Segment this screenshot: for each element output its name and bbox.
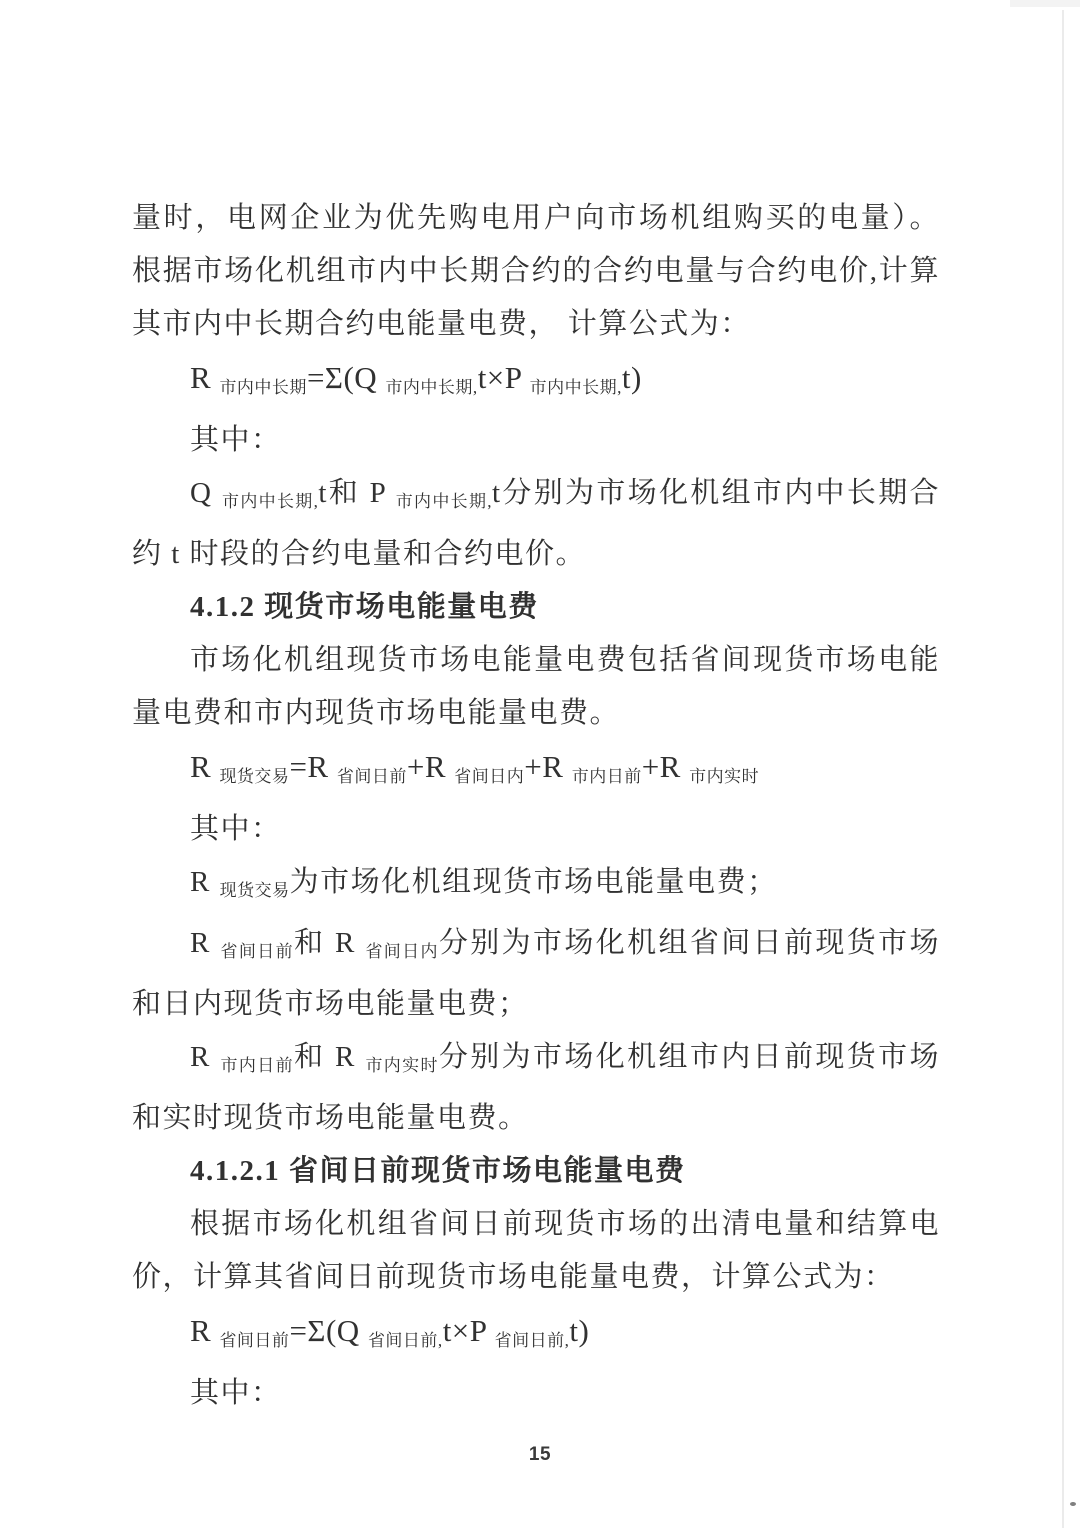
section-heading: 4.1.2 现货市场电能量电费 xyxy=(132,581,940,634)
formula-subscript: 市内实时 xyxy=(689,767,759,786)
paragraph: 根据市场化机组省间日前现货市场的出清电量和结算电价，计算其省间日前现货市场电能量… xyxy=(132,1198,940,1304)
formula-line: R 省间日前=Σ(Q 省间日前,t×P 省间日前,t) xyxy=(132,1304,940,1367)
formula-subscript: 省间日内 xyxy=(454,767,524,786)
paragraph: 量时，电网企业为优先购电用户向市场机组购买的电量）。根据市场化机组市内中长期合约… xyxy=(132,192,940,351)
text-run: 和 R xyxy=(294,1041,365,1073)
text-run: t和 P xyxy=(318,477,395,509)
text-run: Q xyxy=(190,477,222,509)
section-heading: 4.1.2.1 省间日前现货市场电能量电费 xyxy=(132,1145,940,1198)
paragraph: 其中： xyxy=(132,1367,940,1420)
formula-subscript: 市内中长期, xyxy=(222,492,318,511)
formula-subscript: 省间日前 xyxy=(219,1331,289,1350)
scan-speck-artifact xyxy=(1070,1502,1076,1506)
formula-subscript: 市内日前 xyxy=(220,1056,294,1075)
formula-subscript: 省间日前 xyxy=(337,767,407,786)
scanned-document-page: 量时，电网企业为优先购电用户向市场机组购买的电量）。根据市场化机组市内中长期合约… xyxy=(0,0,1080,1528)
text-run: R xyxy=(190,1313,219,1348)
text-run: R xyxy=(190,360,219,395)
text-run: R xyxy=(190,749,219,784)
formula-subscript: 市内日前 xyxy=(572,767,642,786)
document-content: 量时，电网企业为优先购电用户向市场机组购买的电量）。根据市场化机组市内中长期合约… xyxy=(132,192,940,1420)
text-run: R xyxy=(190,866,220,898)
formula-line: R 市内中长期=Σ(Q 市内中长期,t×P 市内中长期,t) xyxy=(132,351,940,414)
scan-top-edge-artifact xyxy=(1010,0,1080,7)
paragraph: 市场化机组现货市场电能量电费包括省间现货市场电能量电费和市内现货市场电能量电费。 xyxy=(132,634,940,740)
formula-subscript: 省间日前, xyxy=(368,1331,443,1350)
formula-subscript: 省间日内 xyxy=(365,942,439,961)
text-run: 量时，电网企业为优先购电用户向市场机组购买的电量）。根据市场化机组市内中长期合约… xyxy=(132,202,940,340)
text-run: R xyxy=(190,927,220,959)
text-run: 4.1.2 现货市场电能量电费 xyxy=(190,591,539,623)
text-run: 分别为市场化机组市内日前现货市场和实时现货市场电能量电费。 xyxy=(132,1041,940,1134)
text-run: =R xyxy=(289,749,336,784)
text-run: t) xyxy=(569,1313,589,1348)
text-run: t分别为市场化机组市内中长期合约 t 时段的合约电量和合约电价。 xyxy=(132,477,940,570)
text-run: 其中： xyxy=(190,424,282,456)
paragraph: 其中： xyxy=(132,414,940,467)
formula-subscript: 现货交易 xyxy=(220,881,290,900)
text-run: t×P xyxy=(443,1313,495,1348)
paragraph: R 省间日前和 R 省间日内分别为市场化机组省间日前现货市场和日内现货市场电能量… xyxy=(132,917,940,1031)
text-run: R xyxy=(190,1041,220,1073)
formula-subscript: 现货交易 xyxy=(219,767,289,786)
formula-subscript: 省间日前 xyxy=(220,942,294,961)
text-run: 分别为市场化机组省间日前现货市场和日内现货市场电能量电费； xyxy=(132,927,940,1020)
formula-subscript: 市内实时 xyxy=(365,1056,439,1075)
text-run: =Σ(Q xyxy=(307,360,386,395)
paragraph: 其中： xyxy=(132,803,940,856)
formula-line: R 现货交易=R 省间日前+R 省间日内+R 市内日前+R 市内实时 xyxy=(132,740,940,803)
text-run: +R xyxy=(524,749,571,784)
text-run: +R xyxy=(642,749,689,784)
text-run: t) xyxy=(622,360,642,395)
text-run: +R xyxy=(407,749,454,784)
formula-subscript: 市内中长期 xyxy=(219,378,307,397)
paragraph: R 现货交易为市场化机组现货市场电能量电费； xyxy=(132,856,940,917)
text-run: =Σ(Q xyxy=(289,1313,368,1348)
formula-subscript: 市内中长期, xyxy=(385,378,477,397)
text-run: 其中： xyxy=(190,1377,282,1409)
text-run: t×P xyxy=(478,360,530,395)
page-number: 15 xyxy=(0,1444,1080,1466)
text-run: 4.1.2.1 省间日前现货市场电能量电费 xyxy=(190,1155,686,1187)
scan-right-edge-artifact xyxy=(1062,10,1064,1528)
paragraph: Q 市内中长期,t和 P 市内中长期,t分别为市场化机组市内中长期合约 t 时段… xyxy=(132,467,940,581)
text-run: 根据市场化机组省间日前现货市场的出清电量和结算电价，计算其省间日前现货市场电能量… xyxy=(132,1208,940,1293)
text-run: 和 R xyxy=(294,927,365,959)
formula-subscript: 市内中长期, xyxy=(530,378,622,397)
paragraph: R 市内日前和 R 市内实时分别为市场化机组市内日前现货市场和实时现货市场电能量… xyxy=(132,1031,940,1145)
text-run: 其中： xyxy=(190,813,282,845)
formula-subscript: 省间日前, xyxy=(495,1331,570,1350)
formula-subscript: 市内中长期, xyxy=(396,492,492,511)
text-run: 市场化机组现货市场电能量电费包括省间现货市场电能量电费和市内现货市场电能量电费。 xyxy=(132,644,940,729)
text-run: 为市场化机组现货市场电能量电费； xyxy=(290,866,778,898)
